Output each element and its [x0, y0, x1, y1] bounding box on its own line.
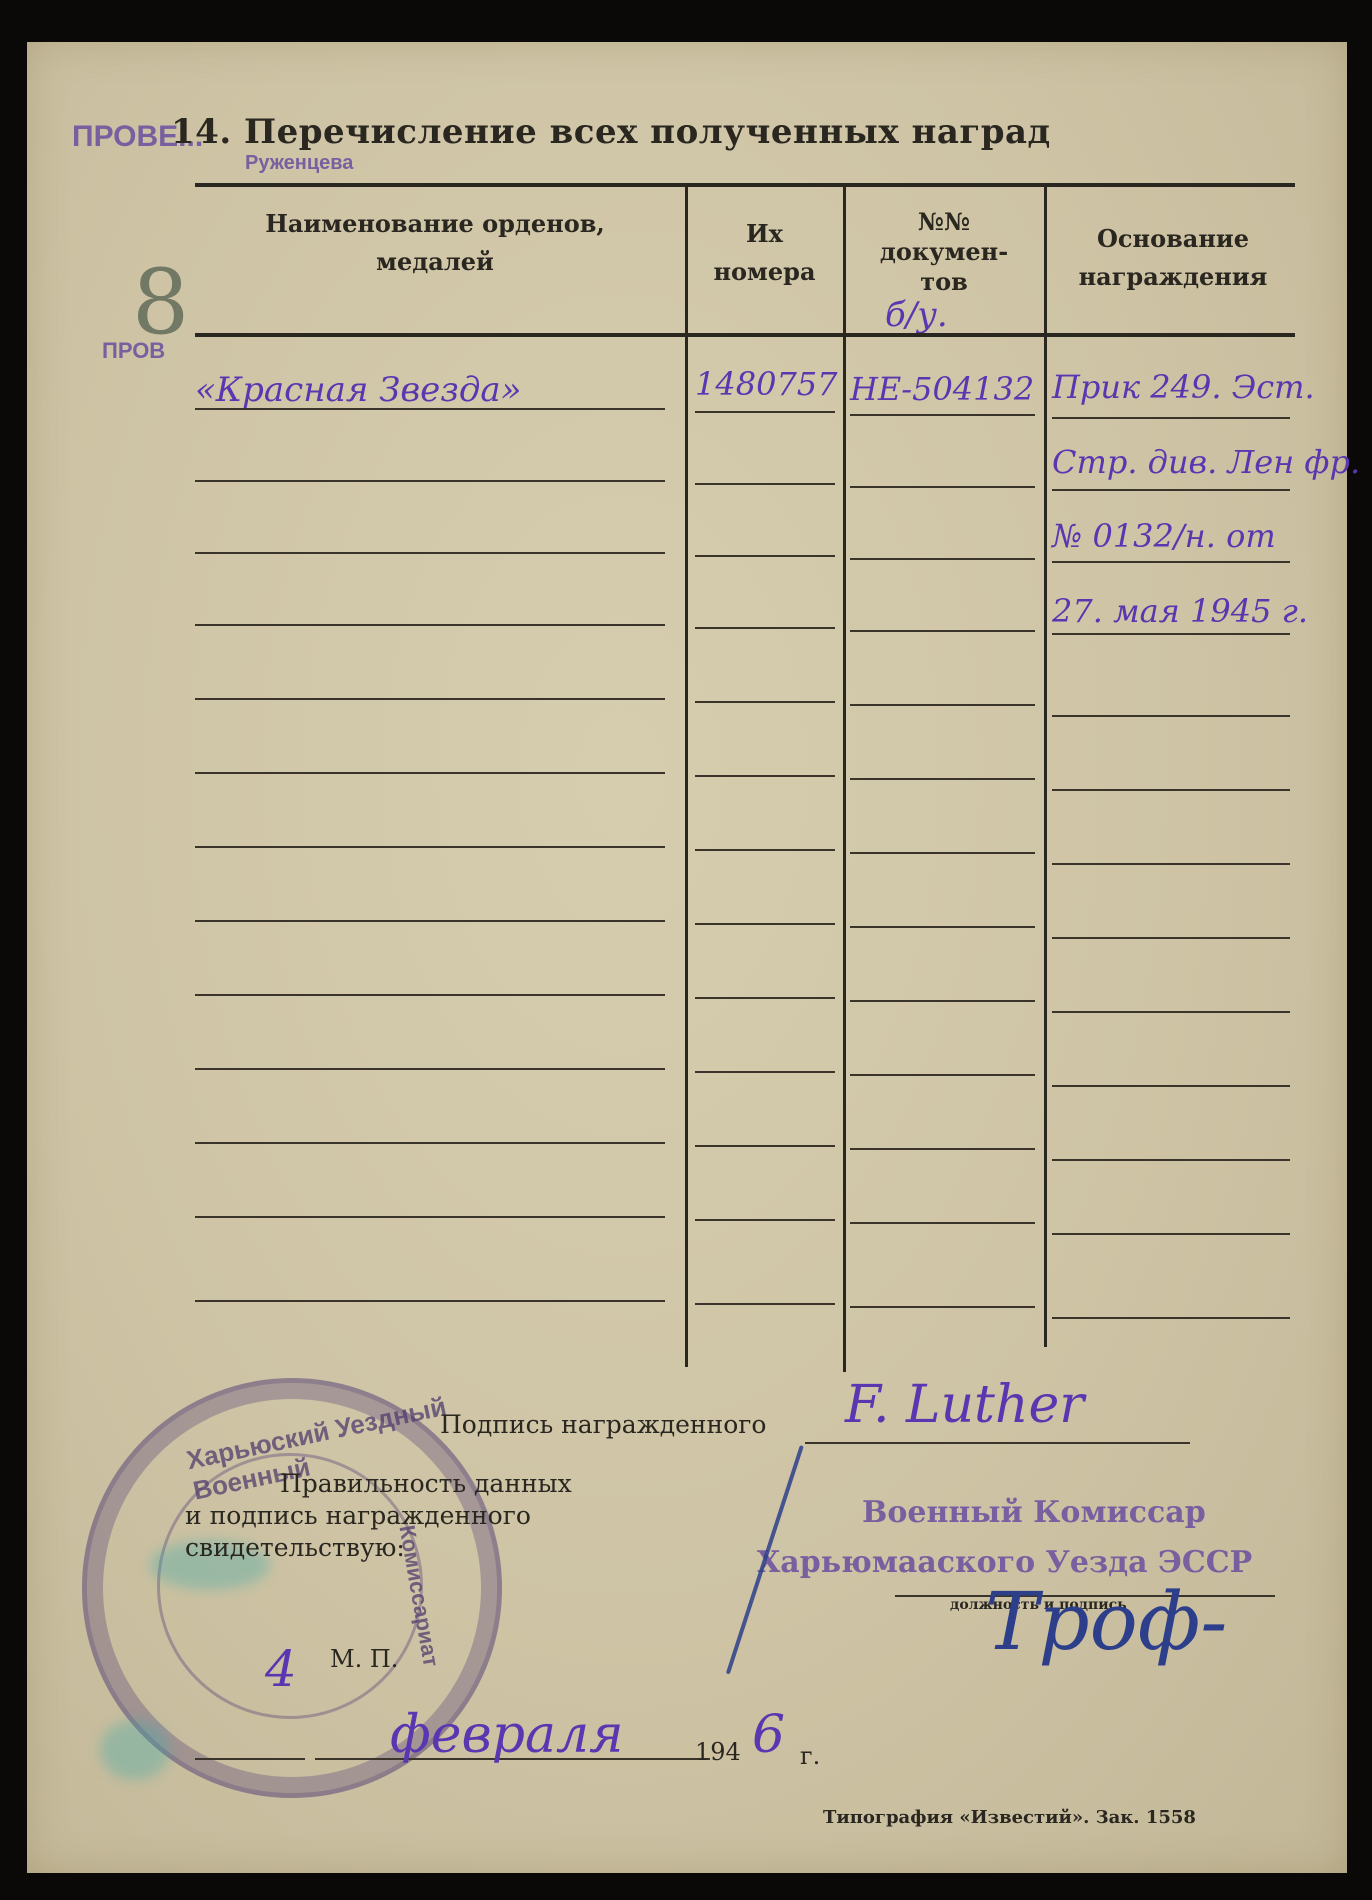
- award-basis-line-4: 27. мая 1945 г.: [1052, 592, 1308, 630]
- table-row-rule: [850, 630, 1035, 632]
- table-row-rule: [1052, 1233, 1290, 1235]
- table-row-rule: [195, 1216, 665, 1218]
- date-month: февраля: [390, 1705, 624, 1765]
- table-row-rule: [695, 483, 835, 485]
- table-row-rule: [195, 624, 665, 626]
- ink-blot: [100, 1720, 170, 1780]
- header-basis-line1: Основание: [1048, 220, 1298, 258]
- table-row-rule: [850, 778, 1035, 780]
- header-documents-line3: тов: [845, 267, 1043, 297]
- section-title: 14. Перечисление всех полученных наград: [171, 112, 1051, 152]
- table-row-rule: [850, 486, 1035, 488]
- table-row-rule: [1052, 1159, 1290, 1161]
- header-numbers-line2: номера: [687, 253, 842, 291]
- table-row-rule: [1052, 1317, 1290, 1319]
- certification-text: Правильность данных и подпись награжденн…: [280, 1468, 572, 1564]
- table-row-rule: [1052, 863, 1290, 865]
- table-row-rule: [695, 775, 835, 777]
- table-row-rule: [850, 1000, 1035, 1002]
- table-row-rule: [195, 408, 665, 410]
- table-row-rule: [195, 698, 665, 700]
- recipient-signature: F. Luther: [845, 1375, 1084, 1435]
- header-documents: №№ докумен- тов: [845, 207, 1043, 297]
- table-row-rule: [850, 704, 1035, 706]
- commissar-title-stamp: Военный Комиссар: [862, 1495, 1206, 1530]
- table-row-rule: [695, 1145, 835, 1147]
- table-row-rule: [1052, 633, 1290, 635]
- table-row-rule: [195, 772, 665, 774]
- table-row-rule: [1052, 489, 1290, 491]
- table-row-rule: [695, 1071, 835, 1073]
- table-row-rule: [195, 552, 665, 554]
- column-divider-2: [843, 187, 846, 1372]
- certification-line-3: свидетельствую:: [185, 1532, 572, 1564]
- header-basis: Основание награждения: [1048, 220, 1298, 296]
- header-award-name-line2: медалей: [200, 243, 670, 281]
- table-row-rule: [195, 846, 665, 848]
- award-number-cell: 1480757: [695, 365, 838, 403]
- table-row-rule: [195, 1300, 665, 1302]
- table-row-rule: [850, 1306, 1035, 1308]
- printer-imprint: Типография «Известий». Зак. 1558: [823, 1807, 1196, 1828]
- table-row-rule: [695, 923, 835, 925]
- certification-line-2: и подпись награжденного: [185, 1500, 572, 1532]
- table-row-rule: [695, 849, 835, 851]
- table-row-rule: [1052, 715, 1290, 717]
- table-row-rule: [850, 558, 1035, 560]
- date-year-suffix: 6: [752, 1705, 785, 1765]
- table-row-rule: [1052, 417, 1290, 419]
- table-row-rule: [695, 701, 835, 703]
- table-row-rule: [195, 1142, 665, 1144]
- table-row-rule: [1052, 1085, 1290, 1087]
- verification-stamp-left: ПРОВ: [102, 338, 165, 364]
- table-row-rule: [850, 926, 1035, 928]
- table-row-rule: [1052, 1011, 1290, 1013]
- header-documents-line2: докумен-: [845, 237, 1043, 267]
- table-row-rule: [695, 1303, 835, 1305]
- table-row-rule: [195, 994, 665, 996]
- table-row-rule: [695, 555, 835, 557]
- header-award-name: Наименование орденов, медалей: [200, 205, 670, 281]
- table-row-rule: [850, 1148, 1035, 1150]
- table-row-rule: [695, 997, 835, 999]
- date-day-line: [195, 1758, 305, 1760]
- header-documents-line1: №№: [845, 207, 1043, 237]
- table-row-rule: [695, 627, 835, 629]
- table-row-rule: [195, 920, 665, 922]
- header-numbers-line1: Их: [687, 215, 842, 253]
- table-row-rule: [850, 852, 1035, 854]
- column-divider-1: [685, 187, 688, 1367]
- header-award-name-line1: Наименование орденов,: [200, 205, 670, 243]
- date-day: 4: [265, 1640, 297, 1698]
- commissar-signature: Троф-: [985, 1575, 1227, 1668]
- column-divider-3: [1044, 187, 1047, 1347]
- header-bottom-rule: [195, 333, 1295, 337]
- table-row-rule: [195, 1068, 665, 1070]
- recipient-signature-line: [805, 1442, 1190, 1444]
- seal-place-label: М. П.: [330, 1645, 398, 1673]
- recipient-signature-label: Подпись награжденного: [440, 1410, 766, 1439]
- table-row-rule: [850, 1074, 1035, 1076]
- document-annotation: б/у.: [885, 295, 948, 335]
- certification-line-1: Правильность данных: [280, 1468, 572, 1500]
- award-basis-line-2: Стр. див. Лен фр.: [1052, 443, 1360, 481]
- title-rule: [195, 183, 1295, 187]
- table-row-rule: [1052, 789, 1290, 791]
- table-row-rule: [695, 1219, 835, 1221]
- table-row-rule: [195, 480, 665, 482]
- header-basis-line2: награждения: [1048, 258, 1298, 296]
- award-basis-line-3: № 0132/н. от: [1052, 517, 1276, 555]
- award-name-cell: «Красная Звезда»: [195, 370, 521, 410]
- table-row-rule: [850, 1222, 1035, 1224]
- table-row-rule: [1052, 937, 1290, 939]
- header-numbers: Их номера: [687, 215, 842, 291]
- award-basis-line-1: Прик 249. Эст.: [1052, 368, 1315, 406]
- verifier-name-stamp: Руженцева: [245, 152, 353, 175]
- table-row-rule: [1052, 561, 1290, 563]
- date-year-prefix: 194: [695, 1738, 741, 1766]
- award-document-cell: НЕ-504132: [850, 370, 1034, 408]
- table-row-rule: [695, 411, 835, 413]
- date-year-label: г.: [800, 1742, 820, 1770]
- table-row-rule: [850, 414, 1035, 416]
